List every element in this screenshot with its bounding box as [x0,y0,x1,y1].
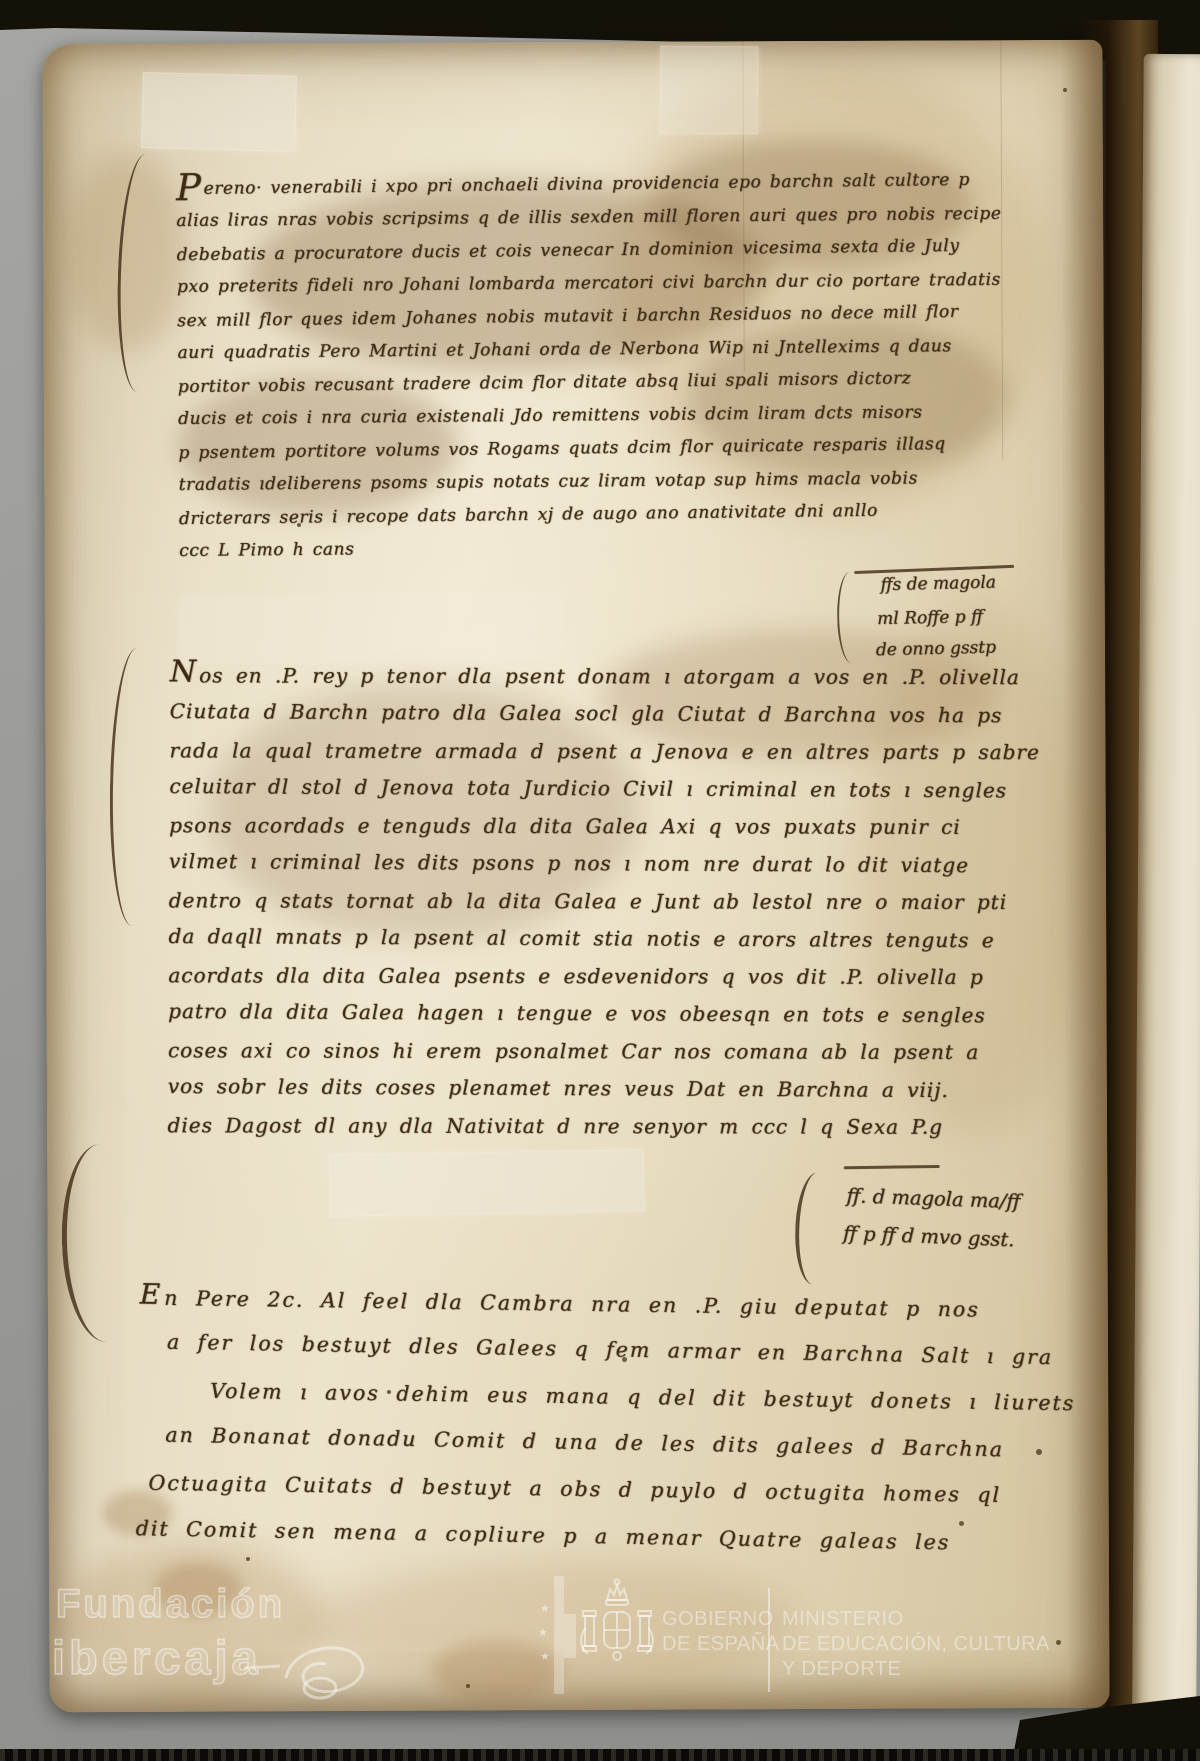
ink-speck [1056,1640,1061,1645]
manuscript-line: celuitar dl stol d Jenova tota Jurdicio … [169,774,1007,802]
manuscript-line: portitor vobis recusant tradere dcim flo… [178,368,912,397]
manuscript-line: dit Comit sen mena a copliure p a menar … [136,1516,951,1554]
manuscript-line: psons acordads e tenguds dla dita Galea … [169,813,961,839]
government-watermark-line1: GOBIERNO [662,1608,774,1631]
ink-speck [387,1390,391,1394]
signature-line: ff. d magola ma/ff [846,1184,1020,1213]
manuscript-line: tradatis ıdeliberens psoms supis notats … [179,469,918,495]
paragraph-bracket [108,648,162,927]
ink-speck [622,1357,627,1362]
manuscript-line: vilmet ı criminal les dits psons p nos ı… [169,849,969,877]
signature-line: ffs de magola [880,572,996,595]
manuscript-line: ccc L Pimo h cans [179,539,354,561]
paragraph-bracket [114,153,169,392]
manuscript-line: dentro q stats tornat ab la dita Galea e… [169,888,1007,914]
flag-bar-icon [554,1576,564,1694]
signature-bracket [793,1172,837,1285]
ink-layer: Pereno· venerabili i xpo pri onchaeli di… [0,0,1200,1761]
manuscript-line: dies Dagost dl any dla Nativitat d nre s… [168,1113,943,1139]
initial-letter: P [176,166,202,209]
ink-speck [246,1557,250,1561]
government-watermark-line2: DE ESPAÑA [662,1633,780,1656]
ibercaja-watermark-line1: Fundación [56,1582,285,1627]
ibercaja-watermark-line2: ibercaja [52,1630,262,1685]
initial-letter: N [170,654,197,689]
signature-line: ff p ff d mvo gsst. [843,1222,1015,1252]
government-watermark: ★ ★ ★ GOBIERNO DE ESPAÑA [538,1574,1018,1709]
ink-speck [959,1521,964,1526]
film-edge-strip [0,1749,1200,1761]
manuscript-line: Ciutata d Barchn patro dla Galea socl gl… [170,699,1003,727]
watermark-divider [768,1588,770,1692]
ministry-watermark-line2: DE EDUCACIÓN, CULTURA [782,1633,1050,1656]
manuscript-line: debebatis a procuratore ducis et cois ve… [177,236,960,265]
ministry-watermark-line3: Y DEPORTE [782,1658,901,1681]
ink-speck [1063,88,1067,92]
manuscript-line: ereno· venerabili i xpo pri onchaeli div… [203,170,970,199]
manuscript-line: coses axi co sinos hi erem psonalmet Car… [168,1038,979,1064]
ministry-watermark-line1: MINISTERIO [782,1608,904,1631]
flag-stars-icon: ★ [540,1602,550,1615]
manuscript-line: an Bonanat donadu Comit d una de les dit… [165,1423,1004,1462]
ink-speck [297,523,301,527]
initial-letter: E [140,1278,163,1311]
signature-line: de onno gsstp [876,637,997,660]
manuscript-line: acordats dla dita Galea psents e esdeven… [168,963,983,989]
manuscript-line: os en .P. rey p tenor dla psent donam ı … [199,663,1020,689]
manuscript-line: p psentem portitore volums vos Rogams qu… [178,434,946,463]
manuscript-line: sex mill flor ques idem Johanes nobis mu… [177,302,958,331]
manuscript-line: Volem ı avos dehim eus mana q del dit be… [210,1379,1075,1415]
flag-stars-icon: ★ [538,1626,548,1639]
manuscript-line: a fer los bestuyt dles Galees q fem arma… [167,1330,1054,1369]
signature-bracket [836,571,866,664]
manuscript-line: dricterars seris i recope dats barchn xj… [179,501,878,529]
ink-speck [1036,1449,1042,1455]
manuscript-line: pxo preterits fideli nro Johani lombarda… [177,270,1001,297]
manuscript-line: patro dla dita Galea hagen ı tengue e vo… [168,999,986,1027]
manuscript-line: auri quadratis Pero Martini et Johani or… [177,336,951,363]
manuscript-line: da daqll mnats p la psent al comit stia … [169,924,995,952]
manuscript-line: alias liras nras vobis scripsims q de il… [176,204,1001,231]
signature-flourish [844,1165,940,1169]
manuscript-scan: Pereno· venerabili i xpo pri onchaeli di… [0,0,1200,1761]
ibercaja-swirl-logo-icon [242,1630,372,1706]
signature-line: ml Roffe p ff [877,607,983,629]
spain-coat-of-arms-icon [580,1576,654,1700]
ink-speck [466,1684,470,1688]
manuscript-line: ducis et cois i nra curia existenali Jdo… [178,402,923,428]
manuscript-line: vos sobr les dits coses plenamet nres ve… [168,1074,949,1102]
manuscript-line: rada la qual trametre armada d psent a J… [170,738,1040,764]
paragraph-bracket [59,1143,149,1344]
flag-stars-icon: ★ [540,1650,550,1663]
manuscript-line: Octuagita Cuitats d bestuyt a obs d puyl… [148,1471,1001,1507]
flag-bar-icon [564,1614,576,1658]
manuscript-line: n Pere 2c. Al feel dla Cambra nra en .P.… [164,1286,980,1322]
